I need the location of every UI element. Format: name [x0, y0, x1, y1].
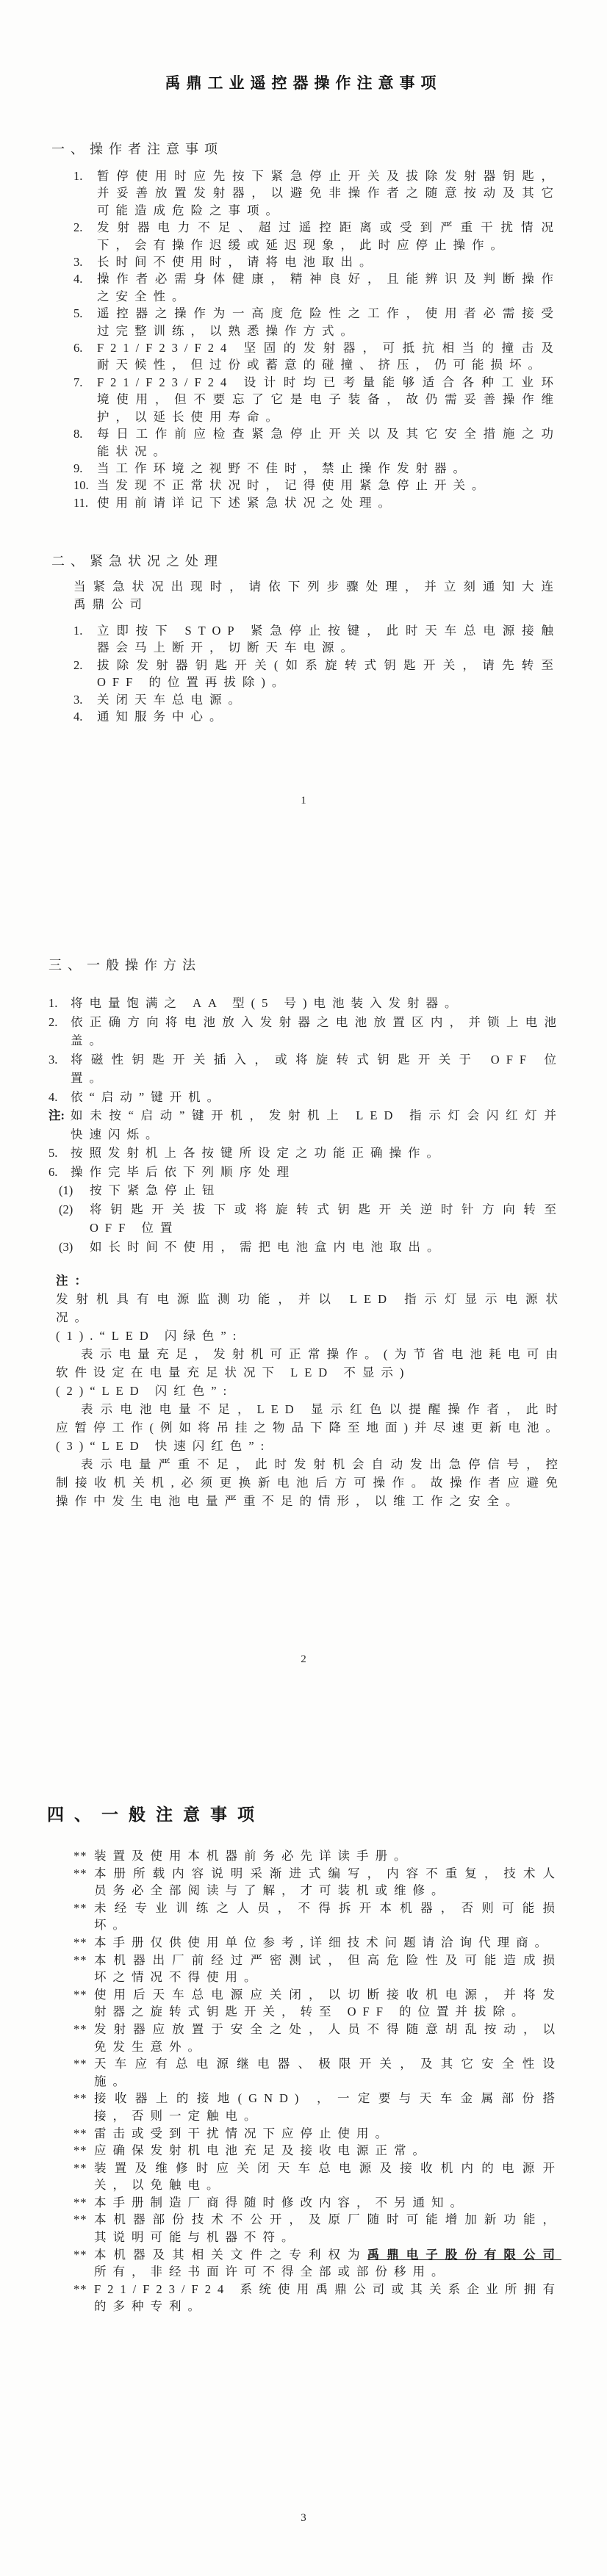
star-marker: **: [73, 2160, 94, 2177]
item-text: 依正确方向将电池放入发射器之电池放置区内，并锁上电池盖。: [71, 1013, 563, 1050]
star-list-item: ** 本机器出厂前经过严密测试，但高危险性及可能造成损坏之情况不得使用。: [73, 1952, 561, 1986]
item-text: 如未按“启动”键开机，发射机上 LED 指示灯会闪红灯并快速闪烁。: [71, 1106, 563, 1144]
item-text: 本机器出厂前经过严密测试，但高危险性及可能造成损坏之情况不得使用。: [94, 1952, 561, 1986]
list-item: 1. 立即按下 STOP 紧急停止按键，此时天车总电源接触器会马上断开，切断天车…: [73, 622, 560, 657]
item-text: 装置及维修时应关闭天车总电源及接收机内的电源开关，以免触电。: [94, 2160, 561, 2194]
list-item: 5. 遥控器之操作为一高度危险性之工作，使用者必需接受过完整训练，以熟悉操作方式…: [73, 305, 560, 339]
item-text-segment: 禹鼎电子股份有限公司: [367, 2248, 561, 2262]
sub-list-item: (1) 按下紧急停止钮: [59, 1181, 563, 1200]
item-number: 3.: [73, 253, 97, 270]
document-title: 禹鼎工业遥控器操作注意事项: [0, 0, 607, 93]
star-list-item: ** 本机器及其相关文件之专利权为禹鼎电子股份有限公司所有，非经书面许可不得全部…: [73, 2246, 561, 2281]
star-list-item: ** 装置及使用本机器前务必先详读手册。: [73, 1847, 561, 1865]
item-number: 11.: [73, 494, 97, 511]
star-list-item: ** 装置及维修时应关闭天车总电源及接收机内的电源开关，以免触电。: [73, 2160, 561, 2194]
star-list-item: ** 未经专业训练之人员，不得拆开本机器，否则可能损坏。: [73, 1899, 561, 1934]
list-item: 9. 当工作环境之视野不佳时，禁止操作发射器。: [73, 460, 560, 477]
star-list-item: ** 发射器应放置于安全之处，人员不得随意胡乱按动，以免发生意外。: [73, 2021, 561, 2055]
item-text: 发射器应放置于安全之处，人员不得随意胡乱按动，以免发生意外。: [94, 2021, 561, 2055]
item-text-segment: 本手册制造厂商得随时修改内容，不另通知。: [94, 2196, 469, 2209]
list-item: 4. 通知服务中心。: [73, 708, 560, 725]
section-2-list: 1. 立即按下 STOP 紧急停止按键，此时天车总电源接触器会马上断开，切断天车…: [73, 622, 560, 725]
item-text: 将磁性钥匙开关插入，或将旋转式钥匙开关于 OFF 位置。: [71, 1050, 563, 1088]
list-item: 11. 使用前请详记下述紧急状况之处理。: [73, 494, 560, 511]
item-text: 操作者必需身体健康，精神良好，且能辨识及判断操作之安全性。: [97, 270, 560, 305]
led-state-body: 表示电池电量不足，LED 显示红色以提醒操作者，此时应暂停工作(例如将吊挂之物品…: [56, 1400, 564, 1437]
star-marker: **: [73, 2125, 94, 2143]
star-marker: **: [73, 2090, 94, 2107]
section-4-list: ** 装置及使用本机器前务必先详读手册。 ** 本册所载内容说明采渐进式编写，内…: [73, 1847, 561, 2315]
star-marker: **: [73, 2021, 94, 2038]
item-text-segment: 使用后天车总电源应关闭，以切断接收机电源，并将发射器之旋转式钥匙开关，转至 OF…: [94, 1988, 561, 2019]
list-item: 7. F21/F23/F24 设计时均已考量能够适合各种工业环境使用，但不要忘了…: [73, 374, 560, 425]
item-text: 拔除发射器钥匙开关(如系旋转式钥匙开关，请先转至OFF 的位置再拔除)。: [97, 657, 560, 691]
item-text-segment: 未经专业训练之人员，不得拆开本机器，否则可能损坏。: [94, 1901, 561, 1933]
document-page: 禹鼎工业遥控器操作注意事项 一、操作者注意事项 1. 暂停使用时应先按下紧急停止…: [0, 0, 607, 2576]
item-text: 按照发射机上各按键所设定之功能正确操作。: [71, 1144, 563, 1163]
section-3-list: 1. 将电量饱满之 AA 型(5 号)电池装入发射器。 2. 依正确方向将电池放…: [49, 994, 563, 1181]
list-item: 4. 依“启动”键开机。: [49, 1088, 563, 1107]
item-text-segment: 本机器部份技术不公开，及原厂随时可能增加新功能，其说明可能与机器不符。: [94, 2212, 561, 2244]
led-state-heading: (3)“LED 快速闪红色”:: [56, 1437, 564, 1455]
item-text-segment: 本机器及其相关文件之专利权为: [94, 2248, 367, 2262]
item-text: 接收器上的接地(GND) ，一定要与天车金属部份搭接，否则一定触电。: [94, 2090, 561, 2124]
list-item: 6. F21/F23/F24 坚固的发射器，可抵抗相当的撞击及耐天候性，但过份或…: [73, 339, 560, 374]
section-operator-precautions: 一、操作者注意事项 1. 暂停使用时应先按下紧急停止开关及拔除发射器钥匙，并妥善…: [0, 139, 607, 511]
star-list-item: ** 本手册仅供使用单位参考,详细技术问题请洽询代理商。: [73, 1934, 561, 1952]
star-list-item: ** 接收器上的接地(GND) ，一定要与天车金属部份搭接，否则一定触电。: [73, 2090, 561, 2124]
led-state-body: 表示电量严重不足，此时发射机会自动发出急停信号，控制接收机关机,必须更换新电池后…: [56, 1455, 564, 1510]
section-4-heading: 四、一般注意事项: [47, 1717, 607, 1825]
star-list-item: ** 雷击或受到干扰情况下应停止使用。: [73, 2125, 561, 2143]
item-text: 本手册制造厂商得随时修改内容，不另通知。: [94, 2194, 561, 2212]
item-text: 使用前请详记下述紧急状况之处理。: [97, 494, 560, 511]
page-number-1: 1: [0, 795, 607, 807]
sub-item-text: 将钥匙开关拔下或将旋转式钥匙开关逆时针方向转至 OFF 位置: [90, 1200, 563, 1238]
page-1: 禹鼎工业遥控器操作注意事项 一、操作者注意事项 1. 暂停使用时应先按下紧急停止…: [0, 0, 607, 859]
item-number: 8.: [73, 425, 97, 442]
led-state: (3)“LED 快速闪红色”: 表示电量严重不足，此时发射机会自动发出急停信号，…: [56, 1437, 564, 1510]
star-marker: **: [73, 1952, 94, 1969]
item-text: 装置及使用本机器前务必先详读手册。: [94, 1847, 561, 1865]
star-marker: **: [73, 2281, 94, 2298]
star-list-item: ** F21/F23/F24 系统使用禹鼎公司或其关系企业所拥有的多种专利。: [73, 2281, 561, 2315]
list-item: 1. 暂停使用时应先按下紧急停止开关及拔除发射器钥匙，并妥善放置发射器，以避免非…: [73, 167, 560, 219]
item-text: F21/F23/F24 坚固的发射器，可抵抗相当的撞击及耐天候性，但过份或蓄意的…: [97, 339, 560, 374]
item-text: 本册所载内容说明采渐进式编写，内容不重复，技术人员务必全部阅读与了解，才可装机或…: [94, 1865, 561, 1899]
item-text: F21/F23/F24 系统使用禹鼎公司或其关系企业所拥有的多种专利。: [94, 2281, 561, 2315]
sub-list-item: (3) 如长时间不使用，需把电池盒内电池取出。: [59, 1238, 563, 1257]
list-item: 2. 发射器电力不足、超过遥控距离或受到严重干扰情况下，会有操作迟缓或延迟现象，…: [73, 219, 560, 253]
item-number: 7.: [73, 374, 97, 391]
item-text: 每日工作前应检查紧急停止开关以及其它安全措施之功能状况。: [97, 425, 560, 460]
item-number: 4.: [73, 708, 97, 725]
item-text: 使用后天车总电源应关闭，以切断接收机电源，并将发射器之旋转式钥匙开关，转至 OF…: [94, 1986, 561, 2021]
section-general-precautions: 四、一般注意事项 ** 装置及使用本机器前务必先详读手册。 **: [0, 1717, 607, 2315]
led-state-heading: (1).“LED 闪绿色”:: [56, 1327, 564, 1345]
item-text: 长时间不使用时，请将电池取出。: [97, 253, 560, 270]
item-number: 5.: [73, 305, 97, 322]
star-list-item: ** 使用后天车总电源应关闭，以切断接收机电源，并将发射器之旋转式钥匙开关，转至…: [73, 1986, 561, 2021]
sub-item-text: 如长时间不使用，需把电池盒内电池取出。: [90, 1238, 563, 1257]
section-3-heading: 三、一般操作方法: [49, 859, 607, 974]
item-text-segment: 本机器出厂前经过严密测试，但高危险性及可能造成损坏之情况不得使用。: [94, 1953, 561, 1985]
item-number: 2.: [49, 1013, 71, 1032]
note-intro: 发射机具有电源监测功能，并以 LED 指示灯显示电源状况。: [56, 1290, 564, 1327]
star-marker: **: [73, 1934, 94, 1952]
section-emergency-handling: 二、紧急状况之处理 当紧急状况出现时，请依下列步骤处理，并立刻通知大连禹鼎公司 …: [0, 551, 607, 725]
item-text: 依“启动”键开机。: [71, 1088, 563, 1107]
star-marker: **: [73, 2246, 94, 2264]
star-list-item: ** 本机器部份技术不公开，及原厂随时可能增加新功能，其说明可能与机器不符。: [73, 2211, 561, 2245]
list-item: 10. 当发现不正常状况时，记得使用紧急停止开关。: [73, 477, 560, 494]
item-number: 2.: [73, 219, 97, 236]
item-number: 6.: [73, 339, 97, 356]
item-number: 2.: [73, 657, 97, 674]
item-number: 10.: [73, 477, 97, 494]
power-monitor-note: 注： 发射机具有电源监测功能，并以 LED 指示灯显示电源状况。 (1).“LE…: [56, 1271, 564, 1510]
star-marker: **: [73, 2211, 94, 2229]
item-text-segment: 天车应有总电源继电器、极限开关，及其它安全性设施。: [94, 2057, 561, 2088]
item-text-segment: 应确保发射机电池充足及接收电源正常。: [94, 2143, 431, 2157]
item-number: 1.: [73, 622, 97, 639]
item-text-segment: F21/F23/F24 系统使用禹鼎公司或其关系企业所拥有的多种专利。: [94, 2282, 561, 2314]
star-marker: **: [73, 1986, 94, 2004]
item-text: 未经专业训练之人员，不得拆开本机器，否则可能损坏。: [94, 1899, 561, 1934]
list-item: 注: 如未按“启动”键开机，发射机上 LED 指示灯会闪红灯并快速闪烁。: [49, 1106, 563, 1144]
item-text-segment: 所有，非经书面许可不得全部或部份移用。: [94, 2265, 450, 2279]
star-marker: **: [73, 1899, 94, 1917]
item-text-segment: 装置及维修时应关闭天车总电源及接收机内的电源开关，以免触电。: [94, 2161, 561, 2193]
item-number: 3.: [73, 691, 97, 708]
sub-item-text: 按下紧急停止钮: [90, 1181, 563, 1200]
list-item: 4. 操作者必需身体健康，精神良好，且能辨识及判断操作之安全性。: [73, 270, 560, 305]
item-text: 本机器及其相关文件之专利权为禹鼎电子股份有限公司所有，非经书面许可不得全部或部份…: [94, 2246, 561, 2281]
led-states: (1).“LED 闪绿色”: 表示电量充足，发射机可正常操作。(为节省电池耗电可…: [56, 1327, 564, 1510]
item-number: 1.: [49, 994, 71, 1013]
item-number: 5.: [49, 1144, 71, 1163]
item-text: 暂停使用时应先按下紧急停止开关及拔除发射器钥匙，并妥善放置发射器，以避免非操作者…: [97, 167, 560, 219]
item-text: 通知服务中心。: [97, 708, 560, 725]
item-number: 4.: [73, 270, 97, 287]
page-2: 三、一般操作方法 1. 将电量饱满之 AA 型(5 号)电池装入发射器。 2. …: [0, 859, 607, 1717]
item-text-segment: 接收器上的接地(GND) ，一定要与天车金属部份搭接，否则一定触电。: [94, 2091, 561, 2123]
list-item: 3. 关闭天车总电源。: [73, 691, 560, 708]
list-item: 3. 长时间不使用时，请将电池取出。: [73, 253, 560, 270]
item-text: 雷击或受到干扰情况下应停止使用。: [94, 2125, 561, 2143]
led-state: (2)“LED 闪红色”: 表示电池电量不足，LED 显示红色以提醒操作者，此时…: [56, 1382, 564, 1437]
item-text: F21/F23/F24 设计时均已考量能够适合各种工业环境使用，但不要忘了它是电…: [97, 374, 560, 425]
list-item: 5. 按照发射机上各按键所设定之功能正确操作。: [49, 1144, 563, 1163]
page-number-3: 3: [0, 2512, 607, 2525]
item-number: 3.: [49, 1050, 71, 1069]
led-state-body: 表示电量充足，发射机可正常操作。(为节省电池耗电可由软件设定在电量充足状况下 L…: [56, 1345, 564, 1382]
list-item: 1. 将电量饱满之 AA 型(5 号)电池装入发射器。: [49, 994, 563, 1013]
list-item: 6. 操作完毕后依下列顺序处理: [49, 1163, 563, 1182]
item-text-segment: 装置及使用本机器前务必先详读手册。: [94, 1849, 413, 1863]
item-text: 本机器部份技术不公开，及原厂随时可能增加新功能，其说明可能与机器不符。: [94, 2211, 561, 2245]
star-marker: **: [73, 1847, 94, 1865]
star-marker: **: [73, 2055, 94, 2073]
item-text: 发射器电力不足、超过遥控距离或受到严重干扰情况下，会有操作迟缓或延迟现象，此时应…: [97, 219, 560, 253]
item-text: 将电量饱满之 AA 型(5 号)电池装入发射器。: [71, 994, 563, 1013]
item-number: 6.: [49, 1163, 71, 1182]
list-item: 3. 将磁性钥匙开关插入，或将旋转式钥匙开关于 OFF 位置。: [49, 1050, 563, 1088]
item-number: 1.: [73, 167, 97, 184]
list-item: 2. 拔除发射器钥匙开关(如系旋转式钥匙开关，请先转至OFF 的位置再拔除)。: [73, 657, 560, 691]
page-number-2: 2: [0, 1653, 607, 1666]
sub-item-number: (1): [59, 1181, 90, 1200]
list-item: 8. 每日工作前应检查紧急停止开关以及其它安全措施之功能状况。: [73, 425, 560, 460]
list-item: 2. 依正确方向将电池放入发射器之电池放置区内，并锁上电池盖。: [49, 1013, 563, 1050]
item-text: 天车应有总电源继电器、极限开关，及其它安全性设施。: [94, 2055, 561, 2090]
page-3: 四、一般注意事项 ** 装置及使用本机器前务必先详读手册。 **: [0, 1717, 607, 2576]
item-text: 操作完毕后依下列顺序处理: [71, 1163, 563, 1182]
star-list-item: ** 应确保发射机电池充足及接收电源正常。: [73, 2142, 561, 2160]
star-list-item: ** 本册所载内容说明采渐进式编写，内容不重复，技术人员务必全部阅读与了解，才可…: [73, 1865, 561, 1899]
item-number: 4.: [49, 1088, 71, 1107]
section-1-heading: 一、操作者注意事项: [51, 139, 607, 158]
item-number: 注:: [49, 1106, 71, 1125]
star-marker: **: [73, 1865, 94, 1883]
item-text-segment: 本手册仅供使用单位参考,详细技术问题请洽询代理商。: [94, 1935, 553, 1949]
star-marker: **: [73, 2194, 94, 2212]
item-text: 遥控器之操作为一高度危险性之工作，使用者必需接受过完整训练，以熟悉操作方式。: [97, 305, 560, 339]
item-text-segment: 发射器应放置于安全之处，人员不得随意胡乱按动，以免发生意外。: [94, 2022, 561, 2054]
star-marker: **: [73, 2142, 94, 2160]
item-text: 当工作环境之视野不佳时，禁止操作发射器。: [97, 460, 560, 477]
item-number: 9.: [73, 460, 97, 477]
item-text-segment: 本册所载内容说明采渐进式编写，内容不重复，技术人员务必全部阅读与了解，才可装机或…: [94, 1866, 561, 1898]
item-text: 本手册仅供使用单位参考,详细技术问题请洽询代理商。: [94, 1934, 561, 1952]
item-text: 当发现不正常状况时，记得使用紧急停止开关。: [97, 477, 560, 494]
sub-item-number: (2): [59, 1200, 90, 1219]
note-label: 注：: [56, 1271, 564, 1290]
sub-item-number: (3): [59, 1238, 90, 1257]
item-text-segment: 雷击或受到干扰情况下应停止使用。: [94, 2126, 394, 2140]
star-list-item: ** 天车应有总电源继电器、极限开关，及其它安全性设施。: [73, 2055, 561, 2090]
item-text: 关闭天车总电源。: [97, 691, 560, 708]
item-text: 应确保发射机电池充足及接收电源正常。: [94, 2142, 561, 2160]
section-2-intro: 当紧急状况出现时，请依下列步骤处理，并立刻通知大连禹鼎公司: [73, 578, 560, 613]
section-2-heading: 二、紧急状况之处理: [51, 551, 607, 570]
led-state-heading: (2)“LED 闪红色”:: [56, 1382, 564, 1400]
star-list-item: ** 本手册制造厂商得随时修改内容，不另通知。: [73, 2194, 561, 2212]
item-text: 立即按下 STOP 紧急停止按键，此时天车总电源接触器会马上断开，切断天车电源。: [97, 622, 560, 657]
led-state: (1).“LED 闪绿色”: 表示电量充足，发射机可正常操作。(为节省电池耗电可…: [56, 1327, 564, 1382]
sub-list-item: (2) 将钥匙开关拔下或将旋转式钥匙开关逆时针方向转至 OFF 位置: [59, 1200, 563, 1238]
section-general-operation: 三、一般操作方法 1. 将电量饱满之 AA 型(5 号)电池装入发射器。 2. …: [0, 859, 607, 1510]
section-1-list: 1. 暂停使用时应先按下紧急停止开关及拔除发射器钥匙，并妥善放置发射器，以避免非…: [73, 167, 560, 511]
section-3-sublist: (1) 按下紧急停止钮 (2) 将钥匙开关拔下或将旋转式钥匙开关逆时针方向转至 …: [59, 1181, 563, 1256]
